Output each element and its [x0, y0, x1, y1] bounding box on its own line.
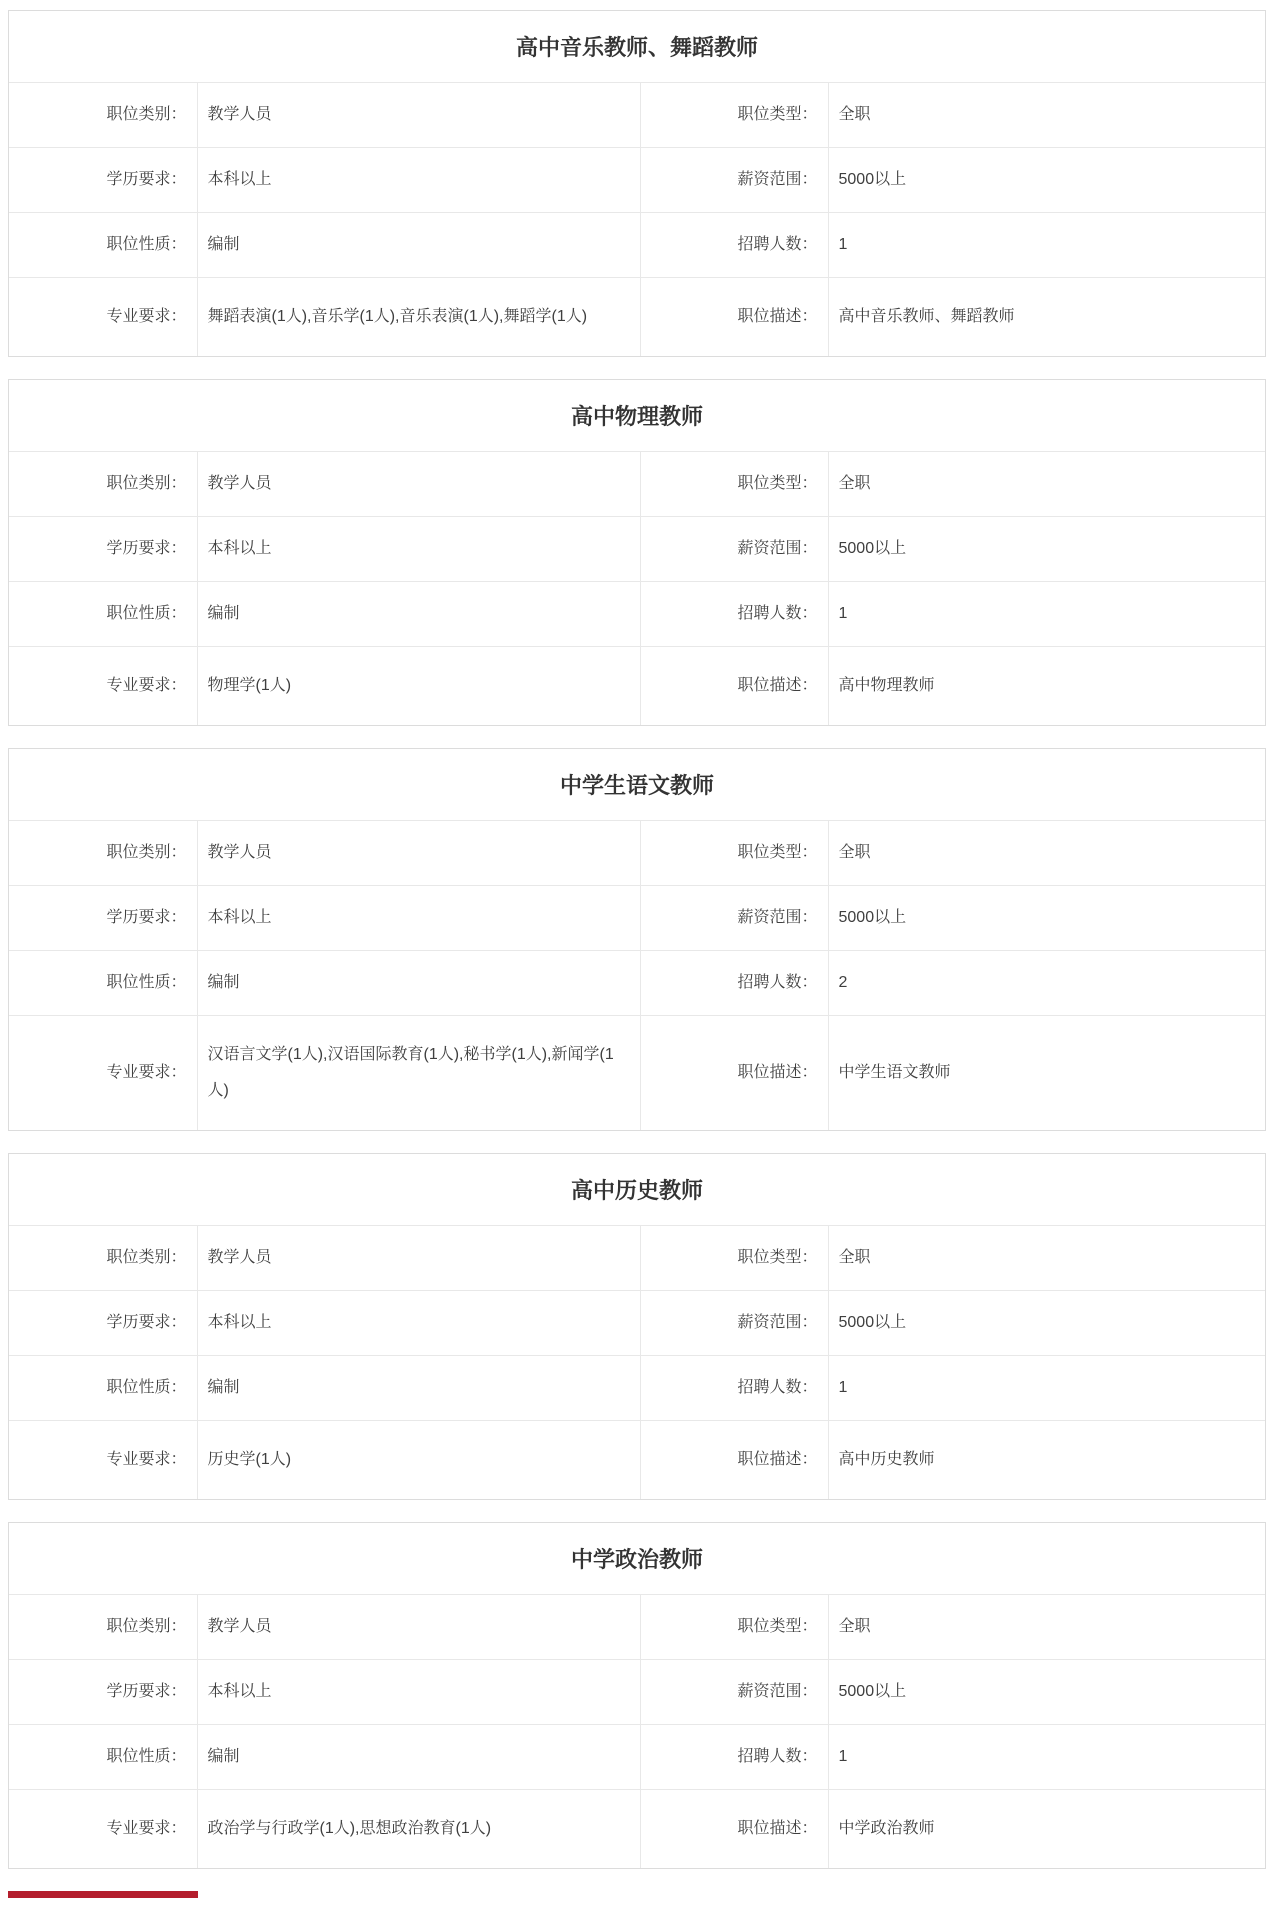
field-label-nature: 职位性质： [9, 582, 197, 647]
field-value-education: 本科以上 [197, 517, 640, 582]
field-value-education: 本科以上 [197, 148, 640, 213]
job-card: 高中音乐教师、舞蹈教师 职位类别： 教学人员 职位类型： 全职 学历要求： 本科… [8, 10, 1266, 357]
field-label-type: 职位类型： [640, 1595, 828, 1660]
job-title: 中学政治教师 [9, 1523, 1265, 1595]
field-label-nature: 职位性质： [9, 951, 197, 1016]
job-title: 高中物理教师 [9, 380, 1265, 452]
table-row: 专业要求： 物理学(1人) 职位描述： 高中物理教师 [9, 647, 1265, 726]
field-label-major: 专业要求： [9, 647, 197, 726]
field-value-category: 教学人员 [197, 452, 640, 517]
field-label-description: 职位描述： [640, 647, 828, 726]
job-detail-table: 职位类别： 教学人员 职位类型： 全职 学历要求： 本科以上 薪资范围： 500… [9, 1226, 1265, 1499]
field-label-salary: 薪资范围： [640, 886, 828, 951]
field-value-salary: 5000以上 [828, 148, 1265, 213]
field-value-category: 教学人员 [197, 821, 640, 886]
field-value-nature: 编制 [197, 213, 640, 278]
table-row: 学历要求： 本科以上 薪资范围： 5000以上 [9, 1291, 1265, 1356]
table-row: 职位类别： 教学人员 职位类型： 全职 [9, 821, 1265, 886]
table-row: 学历要求： 本科以上 薪资范围： 5000以上 [9, 886, 1265, 951]
table-row: 专业要求： 历史学(1人) 职位描述： 高中历史教师 [9, 1421, 1265, 1500]
field-label-description: 职位描述： [640, 1421, 828, 1500]
table-row: 职位类别： 教学人员 职位类型： 全职 [9, 452, 1265, 517]
field-value-major: 政治学与行政学(1人),思想政治教育(1人) [197, 1790, 640, 1869]
field-value-education: 本科以上 [197, 1291, 640, 1356]
field-value-salary: 5000以上 [828, 886, 1265, 951]
table-row: 职位类别： 教学人员 职位类型： 全职 [9, 1226, 1265, 1291]
table-row: 专业要求： 汉语言文学(1人),汉语国际教育(1人),秘书学(1人),新闻学(1… [9, 1016, 1265, 1131]
job-card: 高中物理教师 职位类别： 教学人员 职位类型： 全职 学历要求： 本科以上 薪资… [8, 379, 1266, 726]
table-row: 职位性质： 编制 招聘人数： 1 [9, 582, 1265, 647]
job-detail-table: 职位类别： 教学人员 职位类型： 全职 学历要求： 本科以上 薪资范围： 500… [9, 821, 1265, 1130]
field-label-major: 专业要求： [9, 1421, 197, 1500]
field-value-type: 全职 [828, 821, 1265, 886]
field-label-salary: 薪资范围： [640, 1660, 828, 1725]
field-value-nature: 编制 [197, 951, 640, 1016]
field-label-major: 专业要求： [9, 1016, 197, 1131]
field-value-major: 历史学(1人) [197, 1421, 640, 1500]
field-label-nature: 职位性质： [9, 213, 197, 278]
table-row: 学历要求： 本科以上 薪资范围： 5000以上 [9, 517, 1265, 582]
table-row: 学历要求： 本科以上 薪资范围： 5000以上 [9, 1660, 1265, 1725]
field-label-type: 职位类型： [640, 452, 828, 517]
field-label-salary: 薪资范围： [640, 148, 828, 213]
field-label-salary: 薪资范围： [640, 517, 828, 582]
field-value-nature: 编制 [197, 1356, 640, 1421]
field-label-headcount: 招聘人数： [640, 582, 828, 647]
job-detail-table: 职位类别： 教学人员 职位类型： 全职 学历要求： 本科以上 薪资范围： 500… [9, 1595, 1265, 1868]
job-title: 高中音乐教师、舞蹈教师 [9, 11, 1265, 83]
field-value-headcount: 1 [828, 1725, 1265, 1790]
table-row: 职位性质： 编制 招聘人数： 1 [9, 1725, 1265, 1790]
job-detail-table: 职位类别： 教学人员 职位类型： 全职 学历要求： 本科以上 薪资范围： 500… [9, 83, 1265, 356]
red-accent-bar-partial[interactable] [8, 1891, 198, 1898]
field-label-description: 职位描述： [640, 1016, 828, 1131]
field-value-major: 汉语言文学(1人),汉语国际教育(1人),秘书学(1人),新闻学(1人) [197, 1016, 640, 1131]
field-value-description: 中学政治教师 [828, 1790, 1265, 1869]
table-row: 职位类别： 教学人员 职位类型： 全职 [9, 83, 1265, 148]
field-label-education: 学历要求： [9, 1660, 197, 1725]
field-value-description: 高中历史教师 [828, 1421, 1265, 1500]
field-label-education: 学历要求： [9, 148, 197, 213]
field-label-type: 职位类型： [640, 83, 828, 148]
job-card: 中学生语文教师 职位类别： 教学人员 职位类型： 全职 学历要求： 本科以上 薪… [8, 748, 1266, 1131]
job-card: 高中历史教师 职位类别： 教学人员 职位类型： 全职 学历要求： 本科以上 薪资… [8, 1153, 1266, 1500]
field-label-major: 专业要求： [9, 278, 197, 357]
field-value-category: 教学人员 [197, 83, 640, 148]
field-value-education: 本科以上 [197, 886, 640, 951]
field-value-nature: 编制 [197, 1725, 640, 1790]
field-label-headcount: 招聘人数： [640, 1356, 828, 1421]
field-label-major: 专业要求： [9, 1790, 197, 1869]
field-value-salary: 5000以上 [828, 1660, 1265, 1725]
field-label-description: 职位描述： [640, 278, 828, 357]
field-label-headcount: 招聘人数： [640, 1725, 828, 1790]
field-value-category: 教学人员 [197, 1226, 640, 1291]
field-value-nature: 编制 [197, 582, 640, 647]
table-row: 专业要求： 舞蹈表演(1人),音乐学(1人),音乐表演(1人),舞蹈学(1人) … [9, 278, 1265, 357]
field-label-education: 学历要求： [9, 517, 197, 582]
field-value-type: 全职 [828, 83, 1265, 148]
field-value-type: 全职 [828, 1595, 1265, 1660]
field-label-category: 职位类别： [9, 83, 197, 148]
field-value-type: 全职 [828, 1226, 1265, 1291]
table-row: 学历要求： 本科以上 薪资范围： 5000以上 [9, 148, 1265, 213]
field-label-category: 职位类别： [9, 452, 197, 517]
table-row: 职位类别： 教学人员 职位类型： 全职 [9, 1595, 1265, 1660]
job-list: 高中音乐教师、舞蹈教师 职位类别： 教学人员 职位类型： 全职 学历要求： 本科… [0, 0, 1274, 1898]
table-row: 职位性质： 编制 招聘人数： 2 [9, 951, 1265, 1016]
field-label-type: 职位类型： [640, 1226, 828, 1291]
field-value-headcount: 1 [828, 213, 1265, 278]
field-label-headcount: 招聘人数： [640, 213, 828, 278]
field-label-education: 学历要求： [9, 1291, 197, 1356]
table-row: 职位性质： 编制 招聘人数： 1 [9, 1356, 1265, 1421]
field-value-headcount: 2 [828, 951, 1265, 1016]
field-value-salary: 5000以上 [828, 1291, 1265, 1356]
job-title: 中学生语文教师 [9, 749, 1265, 821]
field-label-nature: 职位性质： [9, 1356, 197, 1421]
field-label-category: 职位类别： [9, 821, 197, 886]
field-value-description: 高中物理教师 [828, 647, 1265, 726]
field-value-headcount: 1 [828, 1356, 1265, 1421]
field-value-major: 舞蹈表演(1人),音乐学(1人),音乐表演(1人),舞蹈学(1人) [197, 278, 640, 357]
field-value-type: 全职 [828, 452, 1265, 517]
table-row: 职位性质： 编制 招聘人数： 1 [9, 213, 1265, 278]
job-detail-table: 职位类别： 教学人员 职位类型： 全职 学历要求： 本科以上 薪资范围： 500… [9, 452, 1265, 725]
field-value-salary: 5000以上 [828, 517, 1265, 582]
table-row: 专业要求： 政治学与行政学(1人),思想政治教育(1人) 职位描述： 中学政治教… [9, 1790, 1265, 1869]
field-label-description: 职位描述： [640, 1790, 828, 1869]
field-value-education: 本科以上 [197, 1660, 640, 1725]
field-value-major: 物理学(1人) [197, 647, 640, 726]
field-value-headcount: 1 [828, 582, 1265, 647]
field-value-category: 教学人员 [197, 1595, 640, 1660]
field-label-salary: 薪资范围： [640, 1291, 828, 1356]
field-value-description: 高中音乐教师、舞蹈教师 [828, 278, 1265, 357]
job-title: 高中历史教师 [9, 1154, 1265, 1226]
field-label-type: 职位类型： [640, 821, 828, 886]
field-value-description: 中学生语文教师 [828, 1016, 1265, 1131]
field-label-category: 职位类别： [9, 1595, 197, 1660]
field-label-nature: 职位性质： [9, 1725, 197, 1790]
field-label-headcount: 招聘人数： [640, 951, 828, 1016]
field-label-education: 学历要求： [9, 886, 197, 951]
job-card: 中学政治教师 职位类别： 教学人员 职位类型： 全职 学历要求： 本科以上 薪资… [8, 1522, 1266, 1869]
field-label-category: 职位类别： [9, 1226, 197, 1291]
